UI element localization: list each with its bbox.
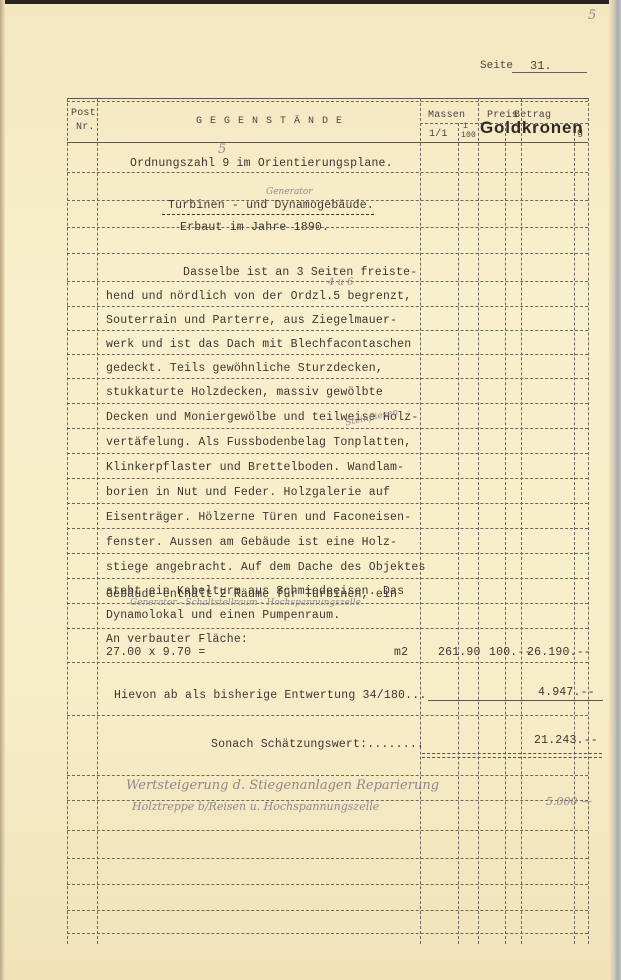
- seite-label: Seite: [480, 60, 513, 72]
- row-line: [67, 453, 588, 454]
- seite-number: 31.: [530, 59, 552, 73]
- description-line: stukkaturte Holzdecken, massiv gewölbte: [106, 386, 383, 399]
- description-line: Eisenträger. Hölzerne Türen und Faconeis…: [106, 511, 411, 524]
- flaeche-massen-value: 261.90: [438, 646, 481, 659]
- handwritten-correction-ordzl: 4 u 6: [328, 277, 354, 288]
- row-line: [67, 884, 588, 885]
- subtotal-underline: [428, 700, 603, 701]
- handwritten-amount: 5.000 —: [546, 795, 592, 808]
- row-line: [67, 553, 588, 554]
- description-line: hend und nördlich von der Ordzl.5 begren…: [106, 290, 411, 303]
- schaetzungswert-label: Sonach Schätzungswert:........: [211, 738, 424, 751]
- row-line: [67, 330, 588, 331]
- row-line: [67, 715, 588, 716]
- row-line: [67, 662, 588, 663]
- row-line: [67, 578, 588, 579]
- header-massen: Massen: [428, 110, 465, 121]
- row-line: [67, 354, 588, 355]
- flaeche-unit: m2: [394, 646, 408, 659]
- row-line: [67, 428, 588, 429]
- row-line: [67, 830, 588, 831]
- row-line: [67, 933, 588, 934]
- col-line-post: [97, 98, 98, 944]
- entwertung-label: Hievon ab als bisherige Entwertung 34/18…: [114, 689, 426, 702]
- table-top-border: [67, 98, 588, 99]
- col-line-right: [588, 98, 589, 944]
- row-line: [67, 775, 588, 776]
- page-right-edge: [609, 0, 621, 980]
- col-line-betrag-sub: [574, 123, 575, 944]
- row-line: [67, 378, 588, 379]
- handwritten-note-line-2: Holztreppe b/Reisen u. Hochspannungszell…: [132, 800, 379, 813]
- description-line: Klinkerpflaster und Brettelboden. Wandla…: [106, 461, 404, 474]
- handwritten-note-line-1: Wertsteigerung d. Stiegenanlagen Reparie…: [126, 778, 439, 793]
- header-g-right: g: [577, 128, 583, 139]
- row-line: [67, 858, 588, 859]
- seite-underline: [512, 72, 587, 73]
- ordnungszahl-line: Ordnungszahl 9 im Orientierungsplane.: [130, 157, 393, 170]
- col-line-massen-sub: [458, 123, 459, 944]
- erbaut-line: Erbaut im Jahre 1890.: [180, 221, 329, 234]
- description-line: Dasselbe ist an 3 Seiten freiste-: [183, 266, 417, 279]
- row-line: [67, 306, 588, 307]
- flaeche-preis-value: 100.--: [489, 646, 532, 659]
- page-top-edge: [0, 0, 621, 4]
- flaeche-calc: 27.00 x 9.70 =: [106, 646, 205, 659]
- schaetzungswert-betrag-value: 21.243.--: [534, 734, 598, 747]
- description-line: werk und ist das Dach mit Blechfacontasc…: [106, 338, 411, 351]
- row-line: [67, 528, 588, 529]
- description-line: stiege angebracht. Auf dem Dache des Obj…: [106, 561, 426, 574]
- table-top-border-inner: [67, 101, 588, 102]
- col-line-preis-sub: [505, 123, 506, 944]
- description-line: Dynamolokal und einen Pumpenraum.: [106, 609, 340, 622]
- handwritten-correction-generator: Generator: [266, 187, 313, 197]
- page-number-label: Seite 31.: [480, 60, 513, 72]
- handwritten-correction-raeume: Generator - Schaltstellraum - Hochspannu…: [130, 598, 361, 608]
- description-line: fenster. Aussen am Gebäude ist eine Holz…: [106, 536, 397, 549]
- description-line: gedeckt. Teils gewöhnliche Sturzdecken,: [106, 362, 383, 375]
- col-line-betrag: [521, 98, 522, 944]
- row-line: [67, 403, 588, 404]
- header-massen-frac-num: 1: [463, 122, 468, 131]
- binding-edge: [0, 0, 5, 980]
- header-post: Post: [71, 108, 96, 119]
- row-line: [67, 910, 588, 911]
- description-line: vertäfelung. Als Fussbodenbelag Tonplatt…: [106, 436, 411, 449]
- row-line: [67, 478, 588, 479]
- building-title: Turbinen - und Dynamogebäude.: [168, 199, 374, 212]
- row-line: [67, 172, 588, 173]
- building-title-underline: [162, 214, 374, 215]
- row-line: [67, 628, 588, 629]
- total-double-underline: [422, 753, 602, 758]
- header-bottom-border: [67, 142, 588, 143]
- header-massen-whole: 1/1: [429, 129, 448, 140]
- col-line-massen: [420, 98, 421, 944]
- header-currency-goldkronen: Goldkronen: [480, 118, 583, 138]
- flaeche-label: An verbauter Fläche:: [106, 633, 248, 646]
- handwritten-correction-ordnungszahl: 5: [218, 142, 226, 157]
- corner-page-number: 5: [588, 8, 596, 23]
- row-line: [67, 503, 588, 504]
- header-gegenstaende: G E G E N S T Ä N D E: [196, 116, 343, 127]
- description-line: borien in Nut und Feder. Holzgalerie auf: [106, 486, 390, 499]
- header-massen-frac-den: 100: [461, 131, 476, 140]
- flaeche-betrag-value: 26.190.--: [527, 646, 591, 659]
- col-line-left: [67, 98, 68, 944]
- row-line: [67, 253, 588, 254]
- description-line: Souterrain und Parterre, aus Ziegelmauer…: [106, 314, 397, 327]
- header-nr: Nr.: [76, 122, 95, 133]
- col-line-preis: [478, 98, 479, 944]
- entwertung-betrag-value: 4.947.--: [538, 686, 595, 699]
